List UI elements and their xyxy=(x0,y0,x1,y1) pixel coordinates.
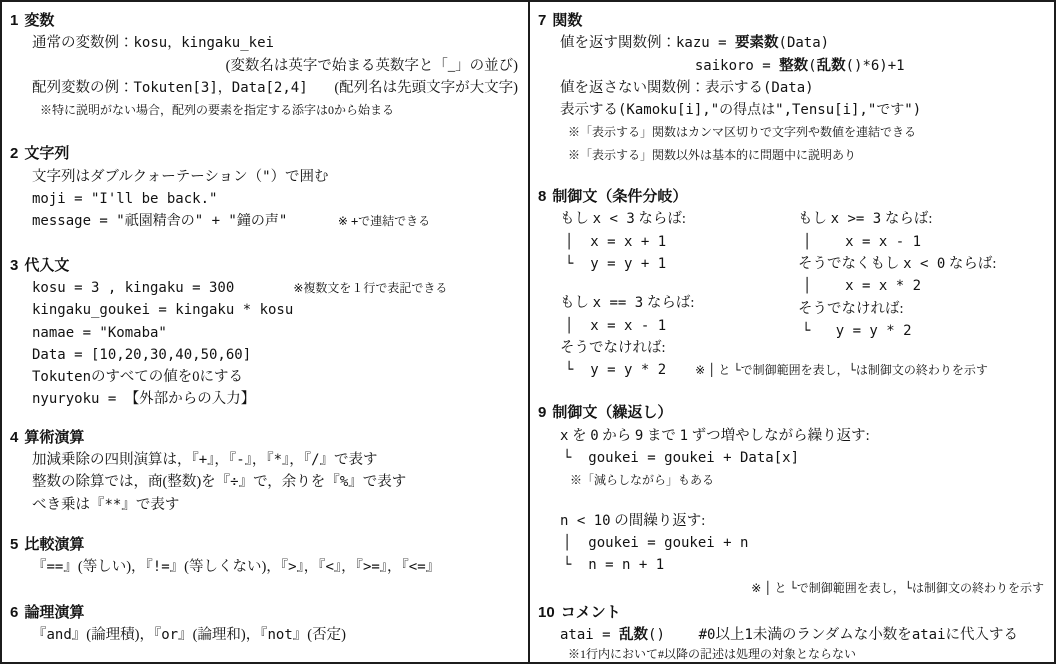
code-line: │ x = x * 2 xyxy=(798,275,996,297)
code-span: n < 10 xyxy=(560,513,611,529)
line-left-group: もし x == 3 ならば: xyxy=(560,295,694,311)
text-span: 』，『 xyxy=(245,452,274,468)
code-line: saikoro = 整数(乱数()*6)+1 xyxy=(530,55,1054,77)
text-line: そうでなければ: xyxy=(798,298,996,320)
line-left-group: もし x < 3 ならば: xyxy=(560,211,686,227)
text-span: 値を返す関数例： xyxy=(560,35,676,51)
line-left-group: │ x = x - 1 xyxy=(803,234,921,250)
code-span: kazu = xyxy=(676,35,735,51)
text-span: 』で，余りを『 xyxy=(239,474,340,490)
line-left-group: そうでなくもし x < 0 ならば: xyxy=(798,256,996,272)
line-left-group: │ x = x - 1 xyxy=(565,318,666,334)
section-title: 比較演算 xyxy=(24,536,84,553)
note-span: で制御範囲を表し， xyxy=(797,581,905,595)
code-line: Tokutenのすべての値を0にする xyxy=(2,366,528,388)
text-span: 』(等しくない)，『 xyxy=(170,559,288,575)
line-left-group: そうでなければ: xyxy=(798,301,904,317)
text-span: 』，『 xyxy=(297,559,326,575)
section-heading: 4算術演算 xyxy=(2,427,528,449)
text-span: 値を返さない関数例：表示する xyxy=(560,80,763,96)
section-number: 1 xyxy=(10,12,18,29)
code-span: │ x = x - 1 xyxy=(803,234,921,250)
code-line: 『==』(等しい)，『!=』(等しくない)，『>』，『<』，『>=』，『<=』 xyxy=(2,556,528,578)
line-left-group: └ goukei = goukei + Data[x] xyxy=(563,450,799,466)
text-span: 』，『 xyxy=(334,559,363,575)
line-left-group: message = "祇園精舎の" + "鐘の声" ※ +で連結できる xyxy=(32,213,430,229)
code-span xyxy=(234,280,293,296)
section-number: 7 xyxy=(538,12,546,29)
section-title: 制御文（繰返し） xyxy=(552,404,672,421)
line-left-group: ※「表示する」関数はカンマ区切りで文字列や数値を連結できる xyxy=(568,124,916,140)
note-span: ※ xyxy=(338,214,351,228)
note-span: で制御範囲を表し， xyxy=(741,363,849,377)
code-span: () xyxy=(648,627,665,643)
section-number: 4 xyxy=(10,429,18,446)
section-4: 4算術演算加減乗除の四則演算は，『+』，『-』，『*』，『/』で表す整数の除算で… xyxy=(2,427,528,516)
line-right-group: (配列名は先頭文字が大文字) xyxy=(334,77,518,99)
code-line: n < 10 の間繰り返す: xyxy=(530,510,1054,532)
section-number: 8 xyxy=(538,188,546,205)
line-left-group: 通常の変数例：kosu，kingaku_kei xyxy=(32,35,274,51)
section-8: 8制御文（条件分岐）もし x < 3 ならば:│ x = x + 1└ y = … xyxy=(530,186,1054,381)
section-heading: 8制御文（条件分岐） xyxy=(530,186,1054,208)
code-span: or xyxy=(161,627,178,643)
code-span: (Data) xyxy=(779,35,830,51)
code-span: │ x = x - 1 xyxy=(565,318,666,334)
line-left-group: │ x = x + 1 xyxy=(565,234,666,250)
line-left-group: └ n = n + 1 xyxy=(563,557,664,573)
code-span: atai = xyxy=(560,627,619,643)
code-line: nyuryoku = 【外部からの入力】 xyxy=(2,388,528,410)
code-line: 文字列はダブルクォーテーション（"）で囲む xyxy=(2,166,528,188)
section-number: 6 xyxy=(10,604,18,621)
text-span: ならば: xyxy=(635,211,686,227)
text-span: 通常の変数例： xyxy=(32,35,134,51)
text-span: そうでなければ: xyxy=(560,340,666,356)
text-span: 以上 xyxy=(715,627,744,643)
section-number: 5 xyxy=(10,536,18,553)
code-line: 表示する(Kamoku[i],"の得点は",Tensu[i],"です") xyxy=(530,99,1054,121)
code-line: 通常の変数例：kosu，kingaku_kei xyxy=(2,32,528,54)
code-span: Tokuten[3]，Data[2,4] xyxy=(134,80,308,96)
code-span: (Data) xyxy=(763,80,814,96)
section-number: 9 xyxy=(538,404,546,421)
text-span: そうでなければ: xyxy=(798,301,904,317)
code-line: │ x = x - 1 xyxy=(798,231,996,253)
line-left-group: 『==』(等しい)，『!=』(等しくない)，『>』，『<』，『>=』，『<=』 xyxy=(32,559,440,575)
note-code-span: └ xyxy=(733,363,740,377)
note-span: ※「減らしながら」もある xyxy=(570,473,714,487)
section-title: コメント xyxy=(561,604,621,621)
text-span: 【外部からの入力】 xyxy=(125,391,256,407)
code-span: + xyxy=(199,452,207,468)
text-line: ※1行内において#以降の記述は処理の対象とならない xyxy=(530,646,1054,662)
code-line: 加減乗除の四則演算は，『+』，『-』，『*』，『/』で表す xyxy=(2,449,528,471)
code-line: namae = "Komaba" xyxy=(2,322,528,344)
right-column: 7関数値を返す関数例：kazu = 要素数(Data) saikoro = 整数… xyxy=(528,2,1054,662)
code-line: 整数の除算では，商(整数)を『÷』で，余りを『%』で表す xyxy=(2,471,528,493)
code-span: >= xyxy=(363,559,380,575)
text-span: 』(論理和)，『 xyxy=(178,627,267,643)
text-span: 整数の除算では，商(整数)を『 xyxy=(32,474,230,490)
code-span: < xyxy=(326,559,334,575)
line-left-group: 文字列はダブルクォーテーション（"）で囲む xyxy=(32,169,329,185)
code-span: * xyxy=(274,452,282,468)
code-span: kosu，kingaku_kei xyxy=(134,35,274,51)
code-line: もし x >= 3 ならば: xyxy=(798,208,996,230)
line-left-group: n < 10 の間繰り返す: xyxy=(560,513,705,529)
code-line: Data = [10,20,30,40,50,60] xyxy=(2,344,528,366)
code-line: │ goukei = goukei + n xyxy=(530,532,1054,554)
text-span: から xyxy=(599,428,635,444)
section-heading: 1変数 xyxy=(2,10,528,32)
section-title: 代入文 xyxy=(24,257,69,274)
note-span: ※特に説明がない場合，配列の要素を指定する添字は0から始まる xyxy=(40,103,394,117)
section-heading: 6論理演算 xyxy=(2,602,528,624)
text-span: ならば: xyxy=(945,256,996,272)
builtin-function-name: 要素数 xyxy=(735,35,779,51)
line-right-group: (変数名は英字で始まる英数字と「_」の並び) xyxy=(226,55,518,77)
code-span: moji = "I'll be back." xyxy=(32,191,217,207)
text-span: 表示する xyxy=(560,102,618,118)
code-line: x を 0 から 9 まで 1 ずつ増やしながら繰り返す: xyxy=(530,425,1054,447)
code-span: nyuryoku = xyxy=(32,391,125,407)
code-span: ** xyxy=(105,497,122,513)
text-span: 文字列はダブルクォーテーション（ xyxy=(32,169,262,185)
text-span: ならば: xyxy=(643,295,694,311)
code-span: atai xyxy=(912,627,946,643)
code-line: 『and』(論理積)，『or』(論理和)，『not』(否定) xyxy=(2,624,528,646)
code-span: / xyxy=(311,452,319,468)
text-span: まで xyxy=(643,428,679,444)
code-span: namae = "Komaba" xyxy=(32,325,167,341)
section-number: 10 xyxy=(538,604,555,621)
line-left-group: atai = 乱数() #0以上1未満のランダムな小数をataiに代入する xyxy=(560,627,1018,643)
text-span: 』で表す xyxy=(121,497,179,513)
section-heading: 7関数 xyxy=(530,10,1054,32)
code-span: └ y = y * 2 xyxy=(565,362,666,378)
section-title: 算術演算 xyxy=(24,429,84,446)
section-title: 文字列 xyxy=(24,145,69,162)
note-span: で連結できる xyxy=(358,214,430,228)
note-span: ※複数文を１行で表記できる xyxy=(293,281,447,295)
code-span: 0 xyxy=(590,428,598,444)
code-span: 1 xyxy=(744,627,752,643)
code-span: │ x = x * 2 xyxy=(803,278,921,294)
line-left-group: もし x >= 3 ならば: xyxy=(798,211,932,227)
section-1: 1変数通常の変数例：kosu，kingaku_kei(変数名は英字で始まる英数字… xyxy=(2,10,528,121)
text-span: 』で表す xyxy=(348,474,406,490)
section-number: 2 xyxy=(10,145,18,162)
line-left-group: kosu = 3 , kingaku = 300 ※複数文を１行で表記できる xyxy=(32,280,447,296)
line-left-group: 値を返さない関数例：表示する(Data) xyxy=(560,80,814,96)
code-line: └ y = y * 2 ※ │ と └で制御範囲を表し，└は制御文の終わりを示す xyxy=(530,359,1054,381)
note-span: は制御文の終わりを示す xyxy=(856,363,988,377)
section-6: 6論理演算『and』(論理積)，『or』(論理和)，『not』(否定) xyxy=(2,602,528,647)
text-span: に代入する xyxy=(946,627,1019,643)
text-span: 加減乗除の四則演算は，『 xyxy=(32,452,199,468)
code-span: Tokuten xyxy=(32,369,91,385)
line-left-group: ※「減らしながら」もある xyxy=(570,472,714,488)
code-span: <= xyxy=(409,559,426,575)
line-left-group: ※1行内において#以降の記述は処理の対象とならない xyxy=(568,646,856,662)
text-span: ずつ増やしながら繰り返す: xyxy=(688,428,870,444)
line-left-group: saikoro = 整数(乱数()*6)+1 xyxy=(560,58,905,74)
line-left-group: namae = "Komaba" xyxy=(32,325,167,341)
line-left-group: ※特に説明がない場合，配列の要素を指定する添字は0から始まる xyxy=(40,102,394,118)
examples-right-subcolumn: もし x >= 3 ならば:│ x = x - 1そうでなくもし x < 0 な… xyxy=(798,208,996,342)
text-span: もし xyxy=(560,295,593,311)
code-line: そうでなくもし x < 0 ならば: xyxy=(798,253,996,275)
text-line: ※特に説明がない場合，配列の要素を指定する添字は0から始まる xyxy=(2,99,528,121)
line-left-group: 配列変数の例：Tokuten[3]，Data[2,4] xyxy=(32,77,308,99)
text-line: ※「表示する」関数以外は基本的に問題中に説明あり xyxy=(530,144,1054,166)
note-span: と xyxy=(715,363,733,377)
line-left-group: └ y = y * 2 xyxy=(802,323,912,339)
text-span: そうでなくもし xyxy=(798,256,903,272)
section-number: 3 xyxy=(10,257,18,274)
text-span: 』(論理積)，『 xyxy=(72,627,161,643)
code-span: └ y = y + 1 xyxy=(565,256,666,272)
text-line: ※ │ と └で制御範囲を表し，└は制御文の終わりを示す xyxy=(530,577,1054,599)
code-span: x < 0 xyxy=(903,256,945,272)
builtin-function-name: 乱数 xyxy=(817,58,846,74)
line-left-group: kingaku_goukei = kingaku * kosu xyxy=(32,302,293,318)
note-code-span: └ xyxy=(849,363,856,377)
line-left-group: 『and』(論理積)，『or』(論理和)，『not』(否定) xyxy=(32,627,346,643)
code-span: " xyxy=(262,169,270,185)
text-line: (変数名は英字で始まる英数字と「_」の並び) xyxy=(2,55,528,77)
note-span: ※「表示する」関数以外は基本的に問題中に説明あり xyxy=(568,148,856,162)
code-line: └ goukei = goukei + Data[x] xyxy=(530,447,1054,469)
code-span: and xyxy=(47,627,72,643)
text-span: (配列名は先頭文字が大文字) xyxy=(334,80,518,96)
section-title: 制御文（条件分岐） xyxy=(552,188,687,205)
section-9: 9制御文（繰返し）x を 0 から 9 まで 1 ずつ増やしながら繰り返す:└ … xyxy=(530,402,1054,598)
code-span xyxy=(665,627,699,643)
section-title: 論理演算 xyxy=(24,604,84,621)
text-span: の間繰り返す: xyxy=(611,513,706,529)
text-span: 』(否定) xyxy=(293,627,346,643)
text-span: もし xyxy=(798,211,831,227)
line-left-group: nyuryoku = 【外部からの入力】 xyxy=(32,391,255,407)
text-span: のすべての値を0にする xyxy=(91,369,243,385)
code-span: x < 3 xyxy=(593,211,635,227)
code-line: atai = 乱数() #0以上1未満のランダムな小数をataiに代入する xyxy=(530,624,1054,646)
code-span: % xyxy=(340,474,348,490)
section-title: 関数 xyxy=(552,12,582,29)
text-span: 』，『 xyxy=(282,452,311,468)
text-span: もし xyxy=(560,211,593,227)
code-line: 値を返さない関数例：表示する(Data) xyxy=(530,77,1054,99)
line-left-group: Tokutenのすべての値を0にする xyxy=(32,369,243,385)
code-span: Data = [10,20,30,40,50,60] xyxy=(32,347,251,363)
text-span: 』，『 xyxy=(207,452,236,468)
section-heading: 5比較演算 xyxy=(2,534,528,556)
code-span: └ n = n + 1 xyxy=(563,557,664,573)
reference-sheet: 1変数通常の変数例：kosu，kingaku_kei(変数名は英字で始まる英数字… xyxy=(0,0,1056,664)
code-line: 値を返す関数例：kazu = 要素数(Data) xyxy=(530,32,1054,54)
code-line: kingaku_goukei = kingaku * kosu xyxy=(2,299,528,321)
note-span: ※「表示する」関数はカンマ区切りで文字列や数値を連結できる xyxy=(568,125,916,139)
note-span: は制御文の終わりを示す xyxy=(912,581,1044,595)
code-span: kingaku_goukei = kingaku * kosu xyxy=(32,302,293,318)
line-left-group: 整数の除算では，商(整数)を『÷』で，余りを『%』で表す xyxy=(32,474,406,490)
code-span: ()*6)+1 xyxy=(846,58,905,74)
code-span: kosu = 3 , kingaku = 300 xyxy=(32,280,234,296)
code-span: ( xyxy=(808,58,816,74)
code-span: message = "祇園精舎の" + "鐘の声" xyxy=(32,213,287,229)
text-span: 『 xyxy=(32,627,47,643)
note-span: ※1行内において#以降の記述は処理の対象とならない xyxy=(568,647,856,661)
text-span: 』 xyxy=(426,559,441,575)
line-left-group: 表示する(Kamoku[i],"の得点は",Tensu[i],"です") xyxy=(560,102,921,118)
code-span: > xyxy=(288,559,296,575)
code-span: ÷ xyxy=(230,474,238,490)
code-span: └ goukei = goukei + Data[x] xyxy=(563,450,799,466)
code-span: │ x = x + 1 xyxy=(565,234,666,250)
text-span: 』(等しい)，『 xyxy=(63,559,152,575)
code-span: (Kamoku[i],"の得点は",Tensu[i],"です") xyxy=(618,102,921,118)
text-span: 配列変数の例： xyxy=(32,80,134,96)
note-code-span xyxy=(666,363,695,377)
line-left-group: 値を返す関数例：kazu = 要素数(Data) xyxy=(560,35,829,51)
line-left-group: moji = "I'll be back." xyxy=(32,191,217,207)
section-10: 10コメントatai = 乱数() #0以上1未満のランダムな小数をataiに代… xyxy=(530,602,1054,662)
section-heading: 2文字列 xyxy=(2,143,528,165)
line-left-group: 加減乗除の四則演算は，『+』，『-』，『*』，『/』で表す xyxy=(32,452,378,468)
code-line: kosu = 3 , kingaku = 300 ※複数文を１行で表記できる xyxy=(2,277,528,299)
line-left-group: Data = [10,20,30,40,50,60] xyxy=(32,347,251,363)
text-span: を xyxy=(568,428,590,444)
code-span: - xyxy=(236,452,244,468)
code-span: │ goukei = goukei + n xyxy=(563,535,748,551)
line-left-group: そうでなければ: xyxy=(560,340,666,356)
code-span: not xyxy=(268,627,293,643)
line-left-group: べき乗は『**』で表す xyxy=(32,497,179,513)
note-span: ※ xyxy=(751,581,764,595)
line-left-group: └ y = y + 1 xyxy=(565,256,666,272)
text-line: ※「減らしながら」もある xyxy=(530,469,1054,491)
line-left-group: ※「表示する」関数以外は基本的に問題中に説明あり xyxy=(568,147,856,163)
code-span: 1 xyxy=(680,428,688,444)
line-left-group: │ x = x * 2 xyxy=(803,278,921,294)
text-span: 『 xyxy=(32,559,47,575)
section-3: 3代入文kosu = 3 , kingaku = 300 ※複数文を１行で表記で… xyxy=(2,255,528,411)
section-2: 2文字列文字列はダブルクォーテーション（"）で囲むmoji = "I'll be… xyxy=(2,143,528,232)
code-span: saikoro = xyxy=(560,58,779,74)
section-5: 5比較演算『==』(等しい)，『!=』(等しくない)，『>』，『<』，『>=』，… xyxy=(2,534,528,579)
section-heading: 3代入文 xyxy=(2,255,528,277)
blank-line xyxy=(530,492,1054,510)
text-span: 』，『 xyxy=(380,559,409,575)
note-span: と xyxy=(771,581,789,595)
code-line: └ n = n + 1 xyxy=(530,554,1054,576)
text-span: (変数名は英字で始まる英数字と「_」の並び) xyxy=(226,58,518,74)
section-title: 変数 xyxy=(24,12,54,29)
text-span: ならば: xyxy=(881,211,932,227)
left-column: 1変数通常の変数例：kosu，kingaku_kei(変数名は英字で始まる英数字… xyxy=(2,2,528,662)
note-span: ※ xyxy=(695,363,708,377)
note-code-span: └ xyxy=(790,581,797,595)
text-span: べき乗は『 xyxy=(32,497,105,513)
section-heading: 9制御文（繰返し） xyxy=(530,402,1054,424)
line-left-group: x を 0 から 9 まで 1 ずつ増やしながら繰り返す: xyxy=(560,428,870,444)
builtin-function-name: 整数 xyxy=(779,58,808,74)
text-span: ）で囲む xyxy=(271,169,329,185)
line-right-group: ※ │ と └で制御範囲を表し，└は制御文の終わりを示す xyxy=(751,577,1044,599)
code-line: message = "祇園精舎の" + "鐘の声" ※ +で連結できる xyxy=(2,210,528,232)
text-span: 』で表す xyxy=(320,452,378,468)
code-span: x == 3 xyxy=(593,295,644,311)
code-line: └ y = y * 2 xyxy=(798,320,996,342)
code-span xyxy=(287,213,338,229)
line-left-group: │ goukei = goukei + n xyxy=(563,535,748,551)
section-7: 7関数値を返す関数例：kazu = 要素数(Data) saikoro = 整数… xyxy=(530,10,1054,166)
text-line: ※「表示する」関数はカンマ区切りで文字列や数値を連結できる xyxy=(530,121,1054,143)
code-line: 配列変数の例：Tokuten[3]，Data[2,4](配列名は先頭文字が大文字… xyxy=(2,77,528,99)
conditional-examples-block: もし x < 3 ならば:│ x = x + 1└ y = y + 1もし x … xyxy=(530,208,1054,381)
code-span: x >= 3 xyxy=(831,211,882,227)
code-span: != xyxy=(153,559,170,575)
text-span: 未満のランダムな小数を xyxy=(753,627,912,643)
line-left-group: └ y = y * 2 ※ │ と └で制御範囲を表し，└は制御文の終わりを示す xyxy=(565,362,988,378)
builtin-function-name: 乱数 xyxy=(619,627,648,643)
code-span: └ y = y * 2 xyxy=(802,323,912,339)
code-line: べき乗は『**』で表す xyxy=(2,494,528,516)
code-span: #0 xyxy=(699,627,716,643)
section-heading: 10コメント xyxy=(530,602,1054,624)
code-line: moji = "I'll be back." xyxy=(2,188,528,210)
code-span: == xyxy=(47,559,64,575)
note-code-span: └ xyxy=(905,581,912,595)
